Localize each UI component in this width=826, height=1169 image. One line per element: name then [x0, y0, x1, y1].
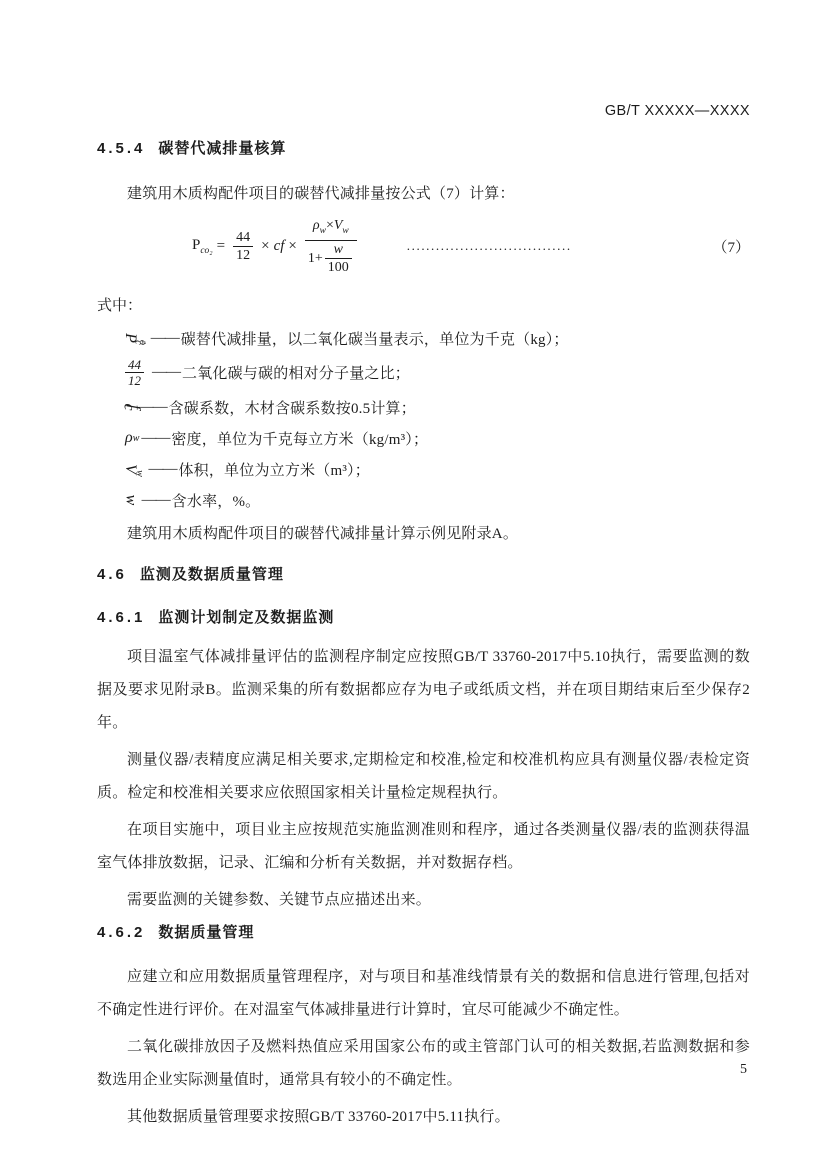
fraction-denominator: 12	[233, 246, 253, 264]
fraction-numerator: ρw×Vw	[310, 217, 352, 240]
paragraph: 项目温室气体减排量评估的监测程序制定应按照GB/T 33760-2017中5.1…	[97, 641, 750, 740]
fraction-denominator: 1+ w 100	[305, 240, 357, 276]
symbol-subscript: w	[133, 433, 140, 444]
multiply-sign: ×	[261, 238, 269, 255]
section-number: 4.6.2	[97, 924, 145, 941]
fraction-main: ρw×Vw 1+ w 100	[305, 217, 357, 276]
section-4-6-2-body: 应建立和应用数据质量管理程序，对与项目和基准线情景有关的数据和信息进行管理,包括…	[97, 961, 750, 1134]
symbol-base: w	[125, 491, 136, 509]
one-plus-term: 1+	[308, 250, 323, 267]
page-number: 5	[740, 1062, 747, 1078]
section-title: 监测计划制定及数据监测	[158, 609, 334, 626]
definition-text: 体积，单位为立方米（m³）；	[178, 459, 369, 480]
symbol-cf-rotated: cf	[125, 398, 137, 416]
definition-dash: ——	[151, 330, 179, 347]
symbol-rho: ρ	[313, 218, 320, 233]
document-page: GB/T XXXXX—XXXX 4.5.4 碳替代减排量核算 建筑用木质构配件项…	[0, 0, 826, 1169]
symbol-definition-list: Pco₂ —— 碳替代减排量，以二氧化碳当量表示，单位为千克（kg）； 44 1…	[97, 323, 750, 516]
paragraph: 测量仪器/表精度应满足相关要求,定期检定和校准,检定和校准机构应具有测量仪器/表…	[97, 744, 750, 810]
section-heading-4-6-1: 4.6.1 监测计划制定及数据监测	[97, 609, 750, 626]
paragraph: 需要监测的关键参数、关键节点应描述出来。	[97, 884, 750, 917]
symbol-rho-w: ρw	[125, 429, 139, 447]
definition-text: 碳替代减排量，以二氧化碳当量表示，单位为千克（kg）；	[181, 328, 569, 349]
fraction-numerator: 44	[233, 229, 253, 246]
equation-7-formula: Pco₂ = 44 12 × cf × ρw×Vw 1+ w 100	[192, 217, 361, 276]
fraction-numerator: w	[331, 241, 346, 258]
symbol-subscript: co₂	[136, 337, 149, 348]
paragraph: 在项目实施中，项目业主应按规范实施监测准则和程序，通过各类测量仪器/表的监测获得…	[97, 814, 750, 880]
symbol-44-12-fraction: 44 12	[125, 357, 144, 388]
symbol-w: w	[334, 242, 343, 257]
equals-sign: =	[217, 238, 225, 255]
symbol-base: cf	[125, 398, 137, 416]
definition-row-V: Vw —— 体积，单位为立方米（m³）；	[97, 454, 750, 485]
section-heading-4-6-2: 4.6.2 数据质量管理	[97, 924, 750, 941]
paragraph: 二氧化碳排放因子及燃料热值应采用国家公布的或主管部门认可的相关数据,若监测数据和…	[97, 1031, 750, 1097]
paragraph: 其他数据质量管理要求按照GB/T 33760-2017中5.11执行。	[97, 1101, 750, 1134]
formula-intro-text: 建筑用木质构配件项目的碳替代减排量按公式（7）计算：	[97, 186, 750, 203]
definition-dash: ——	[152, 364, 180, 381]
section-title: 监测及数据质量管理	[140, 566, 284, 583]
section-number: 4.5.4	[97, 140, 145, 157]
symbol-P-subscript: co₂	[200, 246, 212, 256]
definition-row-rho: ρw —— 密度，单位为千克每立方米（kg/m³）；	[97, 423, 750, 454]
equation-7-row: Pco₂ = 44 12 × cf × ρw×Vw 1+ w 100	[97, 217, 750, 276]
definition-row-cf: cf —— 含碳系数，木材含碳系数按0.5计算；	[97, 392, 750, 423]
section-heading-4-6: 4.6 监测及数据质量管理	[97, 566, 750, 583]
formula-lhs: Pco₂	[192, 237, 213, 256]
fraction-denominator: 12	[125, 372, 144, 388]
definition-row-P: Pco₂ —— 碳替代减排量，以二氧化碳当量表示，单位为千克（kg）；	[97, 323, 750, 354]
paragraph: 应建立和应用数据质量管理程序，对与项目和基准线情景有关的数据和信息进行管理,包括…	[97, 961, 750, 1027]
definition-dash: ——	[142, 492, 170, 509]
symbol-base: ρ	[125, 429, 133, 447]
section-number: 4.6.1	[97, 609, 145, 626]
appendix-note: 建筑用木质构配件项目的碳替代减排量计算示例见附录A。	[97, 526, 750, 543]
where-label: 式中：	[97, 298, 750, 314]
dot-leader: ..................................	[407, 238, 707, 254]
definition-row-w: w —— 含水率，%。	[97, 485, 750, 516]
symbol-P-rotated: Pco₂	[125, 329, 149, 347]
definition-dash: ——	[141, 430, 169, 447]
multiply-sign: ×	[326, 218, 334, 233]
fraction-44-12: 44 12	[233, 229, 253, 264]
standard-number-header: GB/T XXXXX—XXXX	[97, 103, 750, 119]
definition-row-44-12: 44 12 —— 二氧化碳与碳的相对分子量之比；	[97, 354, 750, 392]
section-title: 数据质量管理	[158, 924, 254, 941]
equation-number: （7）	[712, 236, 750, 257]
fraction-44-12: 44 12	[125, 357, 144, 388]
section-title: 碳替代减排量核算	[158, 140, 286, 157]
symbol-w-rotated: w	[125, 491, 136, 509]
symbol-V-subscript: w	[342, 226, 348, 236]
symbol-subscript: w	[136, 468, 143, 479]
definition-text: 含水率，%。	[172, 490, 261, 511]
section-4-6-1-body: 项目温室气体减排量评估的监测程序制定应按照GB/T 33760-2017中5.1…	[97, 641, 750, 917]
symbol-V-rotated: Vw	[125, 460, 142, 478]
fraction-numerator: 44	[125, 357, 144, 372]
definition-text: 含碳系数，木材含碳系数按0.5计算；	[169, 397, 416, 418]
section-heading-4-5-4: 4.5.4 碳替代减排量核算	[97, 140, 750, 157]
multiply-sign: ×	[288, 238, 296, 255]
fraction-w-100: w 100	[325, 241, 352, 276]
definition-text: 密度，单位为千克每立方米（kg/m³）；	[171, 428, 428, 449]
definition-text: 二氧化碳与碳的相对分子量之比；	[182, 362, 410, 383]
symbol-cf: cf	[274, 238, 285, 255]
definition-dash: ——	[148, 461, 176, 478]
section-number: 4.6	[97, 566, 127, 583]
fraction-denominator: 100	[325, 258, 352, 276]
